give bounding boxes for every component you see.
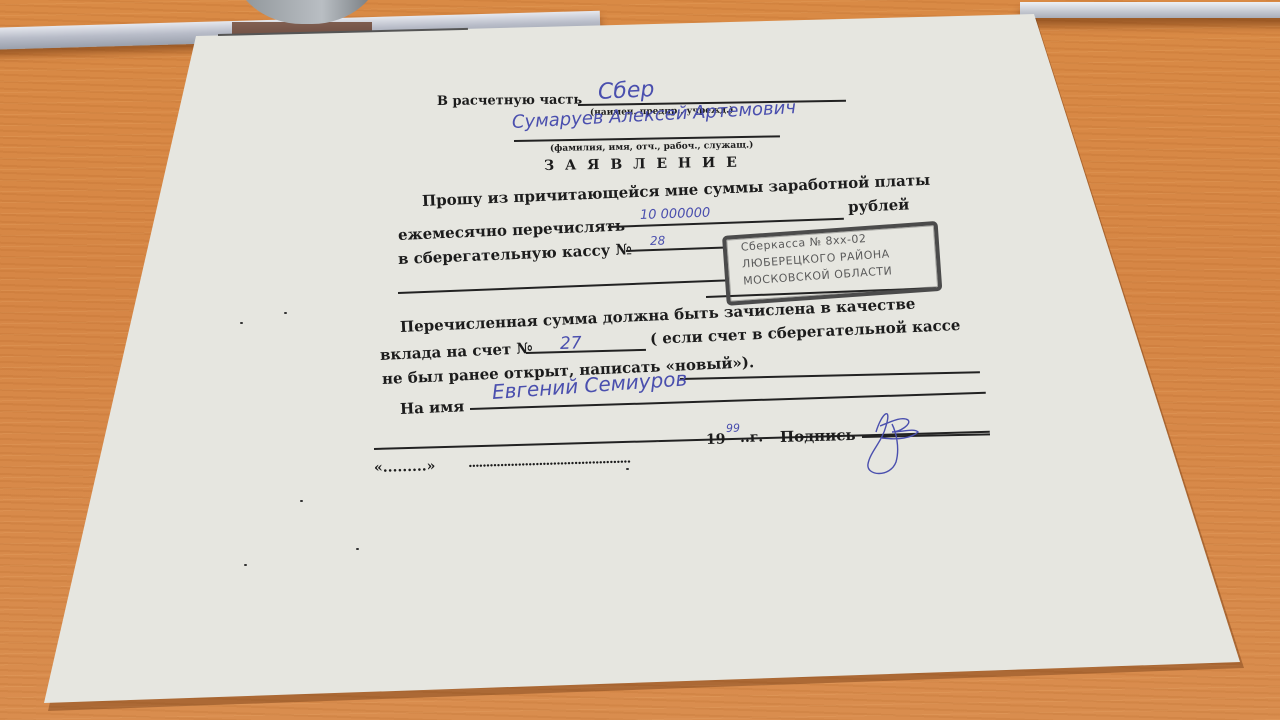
signature-label: Подпись	[780, 426, 856, 446]
para1-line2-label: ежемесячно перечислять	[398, 216, 626, 243]
application-form: В расчетную часть Сбер (наимен. предпр.,…	[0, 0, 1280, 720]
blank-line-1	[398, 279, 728, 293]
paper-speck	[244, 564, 247, 566]
para2-line3-underline	[680, 371, 980, 379]
paper-speck	[300, 500, 303, 502]
document-title: З А Я В Л Е Н И Е	[544, 155, 740, 174]
account-value[interactable]: 27	[560, 333, 582, 354]
paper-speck	[284, 312, 287, 314]
bank-stamp: Сберкасса № 8xx-02 ЛЮБЕРЕЦКОГО РАЙОНА МО…	[722, 221, 942, 306]
currency-label: рублей	[848, 195, 910, 216]
year-value[interactable]: 99	[726, 422, 740, 435]
paper-speck	[656, 440, 659, 442]
year-prefix: 19	[706, 431, 726, 448]
bank-number-value[interactable]: 28	[650, 233, 666, 248]
paper-speck	[356, 548, 359, 550]
paper-speck	[240, 322, 243, 324]
account-line	[526, 349, 646, 354]
year-suffix: ..г.	[740, 429, 764, 446]
para1-line3-label: в сберегательную кассу №	[398, 240, 633, 268]
bank-number-line	[626, 247, 726, 252]
recipient-value[interactable]: Сбер	[597, 77, 655, 105]
amount-value[interactable]: 10 000000	[640, 206, 711, 223]
date-day: «.........»	[374, 458, 436, 476]
person-caption: (фамилия, имя, отч., рабоч., служащ.)	[550, 140, 754, 154]
date-month-dots: ........................................…	[468, 451, 631, 471]
name-label: На имя	[400, 397, 465, 418]
recipient-label: В расчетную часть	[437, 92, 582, 109]
signature-mark[interactable]	[862, 402, 922, 478]
para2-line2-label: вклада на счет №	[380, 339, 534, 364]
paper-speck	[626, 468, 629, 470]
